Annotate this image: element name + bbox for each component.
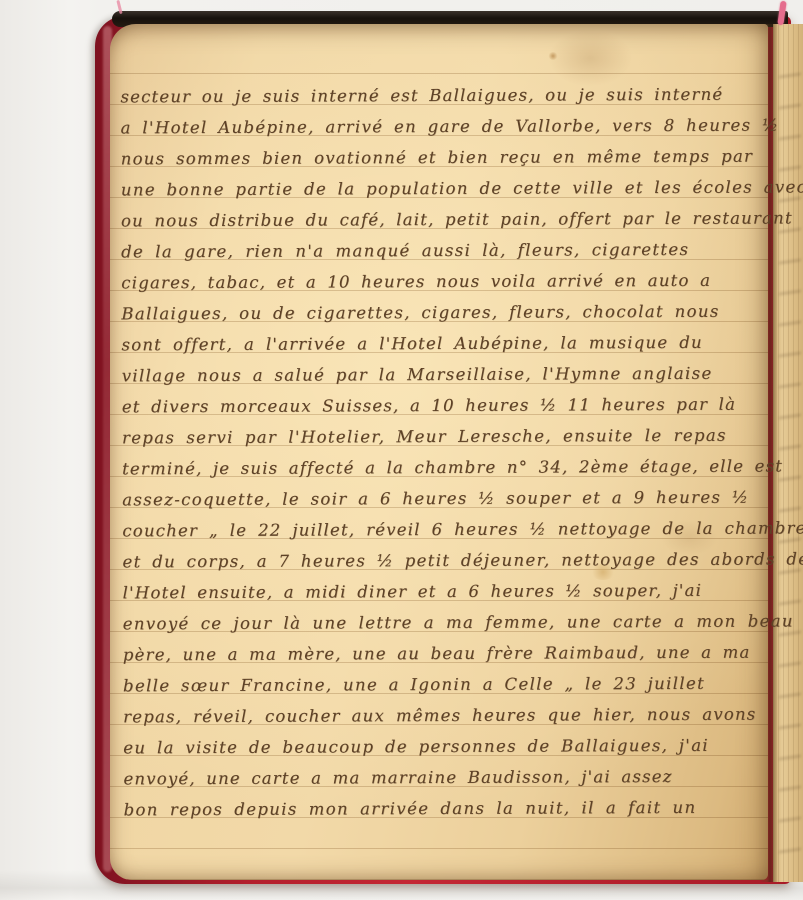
- manuscript-line: repas servi par l'Hotelier, Meur Leresch…: [122, 420, 758, 454]
- manuscript-line: Ballaigues, ou de cigarettes, cigares, f…: [121, 296, 757, 330]
- manuscript-line: envoyé ce jour là une lettre a ma femme,…: [123, 606, 759, 640]
- manuscript-line: de la gare, rien n'a manqué aussi là, fl…: [121, 234, 757, 268]
- manuscript-page: secteur ou je suis interné est Ballaigue…: [110, 24, 768, 880]
- manuscript-line: terminé, je suis affecté a la chambre n°…: [122, 451, 758, 485]
- manuscript-line: village nous a salué par la Marseillaise…: [122, 358, 758, 392]
- manuscript-line: et du corps, a 7 heures ½ petit déjeuner…: [122, 544, 758, 578]
- manuscript-line: belle sœur Francine, une a Igonin a Cell…: [123, 668, 759, 702]
- paper-stain: [548, 52, 558, 60]
- manuscript-line: eu la visite de beaucoup de personnes de…: [123, 730, 759, 764]
- manuscript-line: repas, réveil, coucher aux mêmes heures …: [123, 699, 759, 733]
- manuscript-line: une bonne partie de la population de cet…: [121, 172, 757, 206]
- manuscript-line: coucher „ le 22 juillet, réveil 6 heures…: [122, 513, 758, 547]
- manuscript-line: a l'Hotel Aubépine, arrivé en gare de Va…: [121, 110, 757, 144]
- manuscript-line: assez-coquette, le soir a 6 heures ½ sou…: [122, 482, 758, 516]
- scanned-notebook-page: secteur ou je suis interné est Ballaigue…: [0, 0, 803, 900]
- manuscript-line: père, une a ma mère, une au beau frère R…: [123, 637, 759, 671]
- manuscript-line: sont offert, a l'arrivée a l'Hotel Aubép…: [121, 327, 757, 361]
- manuscript-line: ou nous distribue du café, lait, petit p…: [121, 203, 757, 237]
- manuscript-line: cigares, tabac, et a 10 heures nous voil…: [121, 265, 757, 299]
- manuscript-line: envoyé, une carte a ma marraine Baudisso…: [123, 761, 759, 795]
- manuscript-line: secteur ou je suis interné est Ballaigue…: [120, 79, 756, 113]
- manuscript-line: nous sommes bien ovationné et bien reçu …: [121, 141, 757, 175]
- manuscript-line: bon repos depuis mon arrivée dans la nui…: [123, 792, 759, 826]
- manuscript-line: et divers morceaux Suisses, a 10 heures …: [122, 389, 758, 423]
- manuscript-line: l'Hotel ensuite, a midi diner et a 6 heu…: [123, 575, 759, 609]
- handwritten-text-block: secteur ou je suis interné est Ballaigue…: [120, 79, 759, 826]
